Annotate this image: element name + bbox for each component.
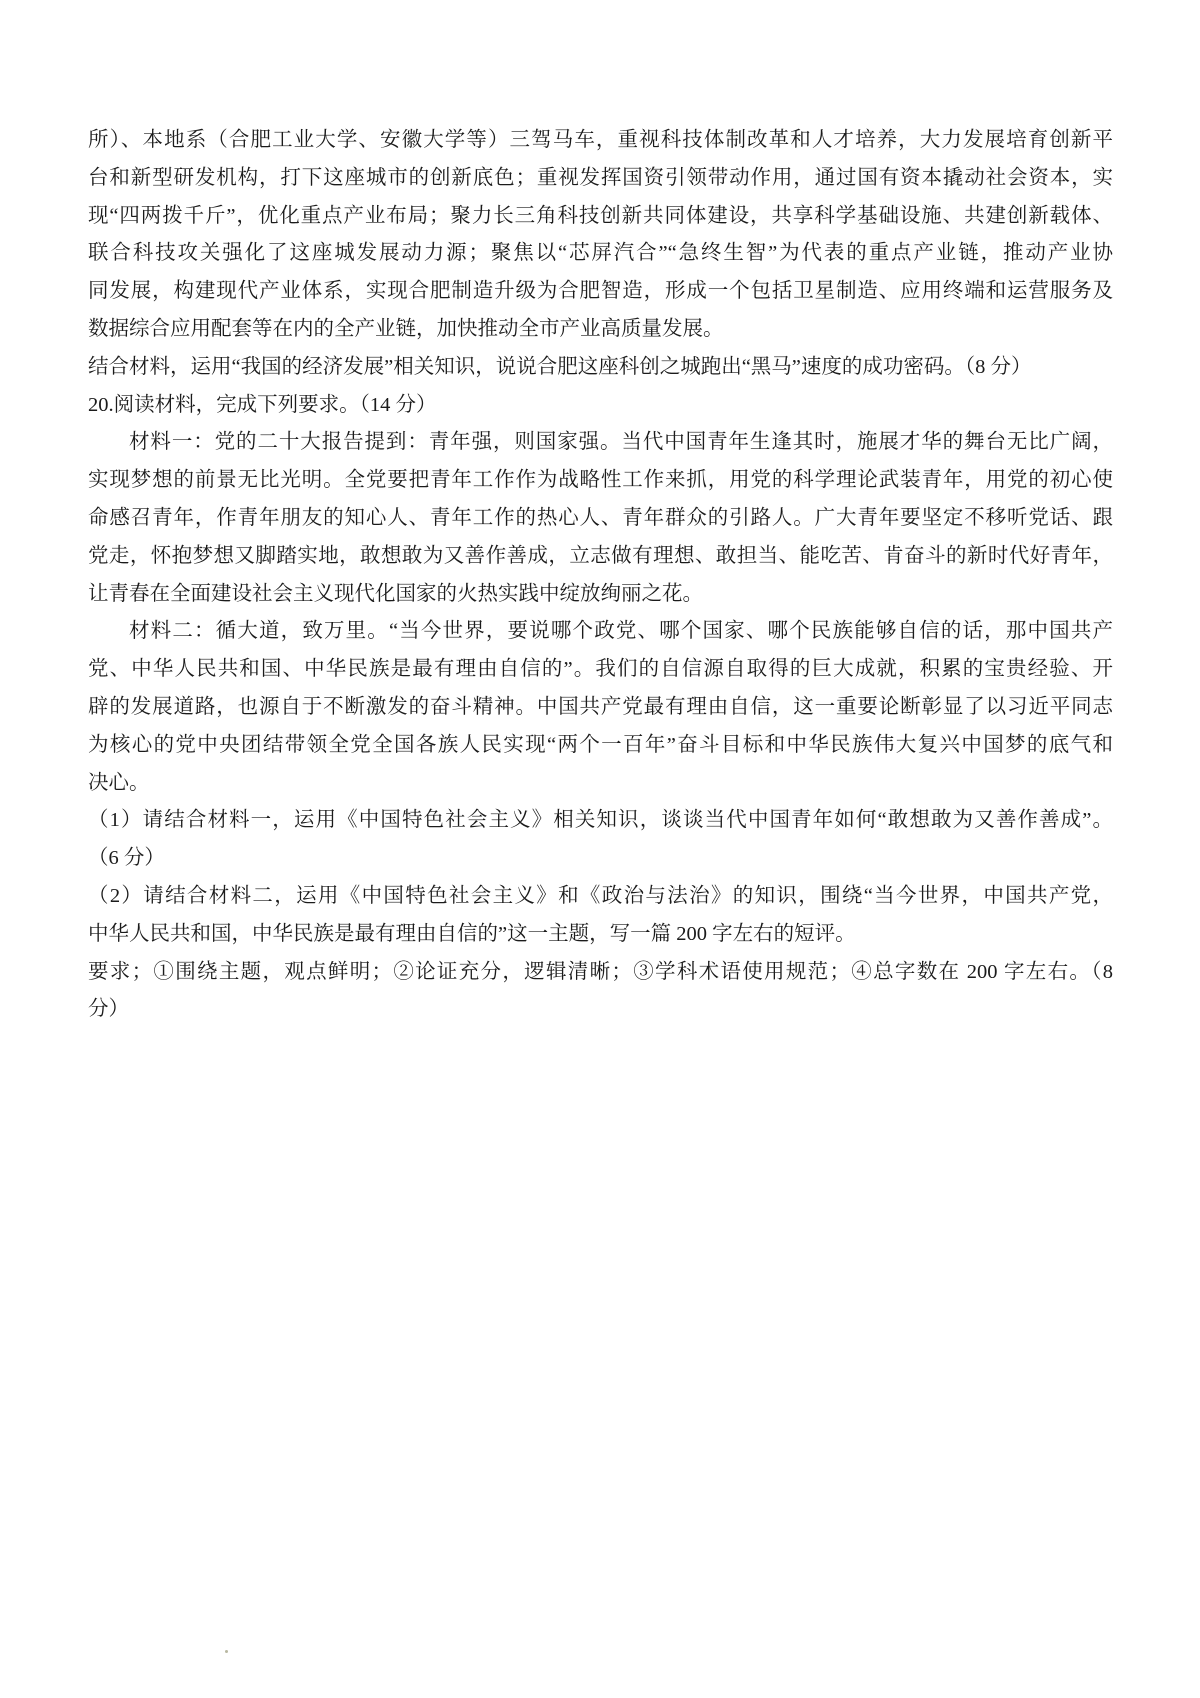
text-line: 数据综合应用配套等在内的全产业链，加快推动全市产业高质量发展。 — [88, 311, 1113, 349]
text-line: 材料二：循大道，致万里。“当今世界，要说哪个政党、哪个国家、哪个民族能够自信的话… — [88, 613, 1113, 651]
text-line: 实现梦想的前景无比光明。全党要把青年工作作为战略性工作来抓，用党的科学理论武装青… — [88, 462, 1113, 500]
text-line: 中华人民共和国，中华民族是最有理由自信的”这一主题，写一篇 200 字左右的短评… — [88, 916, 1113, 954]
text-line: 党、中华人民共和国、中华民族是最有理由自信的”。我们的自信源自取得的巨大成就，积… — [88, 651, 1113, 689]
text-line: （1）请结合材料一，运用《中国特色社会主义》相关知识，谈谈当代中国青年如何“敢想… — [88, 802, 1113, 840]
text-line: 材料一：党的二十大报告提到：青年强，则国家强。当代中国青年生逢其时，施展才华的舞… — [88, 424, 1113, 462]
text-line: （6 分） — [88, 840, 1113, 878]
scan-artifact-dot — [225, 1650, 228, 1653]
text-line: 决心。 — [88, 765, 1113, 803]
text-line: 要求；①围绕主题，观点鲜明；②论证充分，逻辑清晰；③学科术语使用规范；④总字数在… — [88, 954, 1113, 992]
text-line: 结合材料，运用“我国的经济发展”相关知识，说说合肥这座科创之城跑出“黑马”速度的… — [88, 349, 1113, 387]
text-line: （2）请结合材料二，运用《中国特色社会主义》和《政治与法治》的知识，围绕“当今世… — [88, 878, 1113, 916]
document-page: 所）、本地系（合肥工业大学、安徽大学等）三驾马车，重视科技体制改革和人才培养，大… — [0, 0, 1200, 1698]
text-line: 所）、本地系（合肥工业大学、安徽大学等）三驾马车，重视科技体制改革和人才培养，大… — [88, 122, 1113, 160]
text-line: 辟的发展道路，也源自于不断激发的奋斗精神。中国共产党最有理由自信，这一重要论断彰… — [88, 689, 1113, 727]
text-line: 让青春在全面建设社会主义现代化国家的火热实践中绽放绚丽之花。 — [88, 576, 1113, 614]
text-line: 台和新型研发机构，打下这座城市的创新底色；重视发挥国资引领带动作用，通过国有资本… — [88, 160, 1113, 198]
text-line: 同发展，构建现代产业体系，实现合肥制造升级为合肥智造，形成一个包括卫星制造、应用… — [88, 273, 1113, 311]
exam-text-block: 所）、本地系（合肥工业大学、安徽大学等）三驾马车，重视科技体制改革和人才培养，大… — [88, 122, 1113, 1029]
text-line: 联合科技攻关强化了这座城发展动力源；聚焦以“芯屏汽合”“急终生智”为代表的重点产… — [88, 235, 1113, 273]
text-line: 为核心的党中央团结带领全党全国各族人民实现“两个一百年”奋斗目标和中华民族伟大复… — [88, 727, 1113, 765]
text-line: 党走，怀抱梦想又脚踏实地，敢想敢为又善作善成，立志做有理想、敢担当、能吃苦、肯奋… — [88, 538, 1113, 576]
text-line: 命感召青年，作青年朋友的知心人、青年工作的热心人、青年群众的引路人。广大青年要坚… — [88, 500, 1113, 538]
text-line: 20.阅读材料，完成下列要求。（14 分） — [88, 387, 1113, 425]
text-line: 分） — [88, 991, 1113, 1029]
text-line: 现“四两拨千斤”，优化重点产业布局；聚力长三角科技创新共同体建设，共享科学基础设… — [88, 198, 1113, 236]
